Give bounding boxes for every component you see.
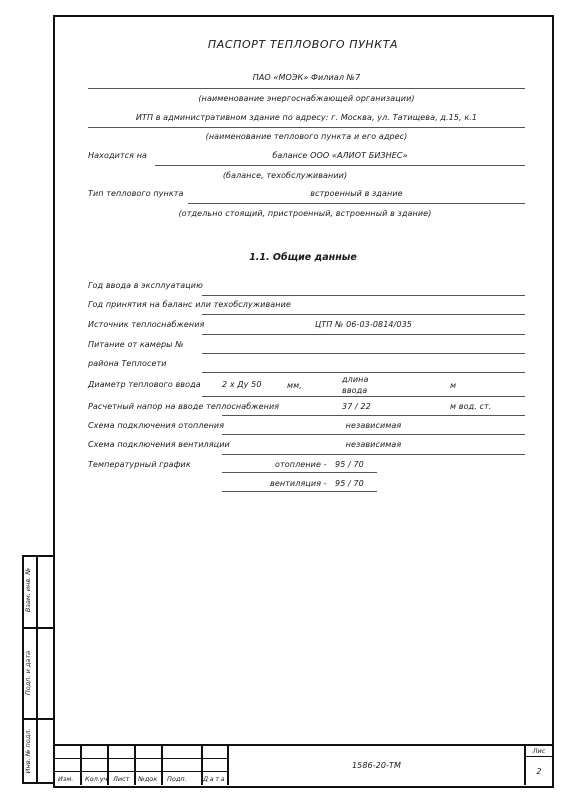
balance-caption: (балансе, техобслуживании) bbox=[155, 171, 415, 180]
chamber-underline bbox=[202, 353, 525, 354]
heat-source-label: Источник теплоснабжения bbox=[88, 320, 204, 329]
section-title: 1.1. Общие данные bbox=[53, 252, 553, 263]
organization-value: ПАО «МОЭК» Филиал №7 bbox=[88, 73, 525, 82]
side-stamp-divider bbox=[36, 555, 38, 784]
heat-source-underline bbox=[202, 334, 525, 335]
length-unit: м bbox=[450, 381, 456, 390]
document-title: ПАСПОРТ ТЕПЛОВОГО ПУНКТА bbox=[53, 38, 553, 51]
heating-scheme-underline bbox=[222, 434, 525, 435]
side-stamp-sign-date: Подп. и дата bbox=[24, 629, 34, 717]
ventilation-scheme-value: независимая bbox=[222, 440, 525, 449]
title-block-row-line bbox=[525, 756, 552, 757]
document-code: 1586-20-ТМ bbox=[229, 761, 524, 770]
balance-value: балансе ООО «АЛИОТ БИЗНЕС» bbox=[155, 151, 525, 160]
pressure-unit: м вод. ст. bbox=[450, 402, 491, 411]
length-label-line2: ввода bbox=[342, 386, 367, 395]
column-signature: Подп. bbox=[167, 775, 187, 783]
point-caption: (наименование теплового пункта и его адр… bbox=[88, 132, 525, 141]
temperature-heating-label: отопление - bbox=[275, 460, 327, 469]
column-doc-number: №док bbox=[138, 775, 157, 783]
diameter-value: 2 х Ду 50 bbox=[222, 380, 262, 389]
column-change: Изм. bbox=[58, 775, 73, 783]
organization-underline bbox=[88, 88, 525, 89]
diameter-underline bbox=[202, 396, 525, 397]
side-stamp-inv-original: Инв. № подл. bbox=[24, 717, 34, 785]
pressure-value: 37 / 22 bbox=[342, 402, 371, 411]
length-label-line1: длина bbox=[342, 375, 368, 384]
heat-source-value: ЦТП № 06-03-0814/035 bbox=[202, 320, 525, 329]
column-sheet: Лист bbox=[113, 775, 129, 783]
point-type-underline bbox=[188, 203, 525, 204]
temperature-heating-value: 95 / 70 bbox=[335, 460, 364, 469]
district-label: района Теплосети bbox=[88, 359, 167, 368]
ventilation-scheme-underline bbox=[222, 454, 525, 455]
balance-underline bbox=[155, 165, 525, 166]
temperature-label: Температурный график bbox=[88, 460, 191, 469]
temperature-ventilation-value: 95 / 70 bbox=[335, 479, 364, 488]
column-quantity: Кол.уч bbox=[85, 775, 108, 783]
balance-year-label: Год принятия на баланс или техобслуживан… bbox=[88, 300, 291, 309]
column-date: Дата bbox=[203, 775, 226, 783]
district-underline bbox=[202, 372, 525, 373]
temperature-ventilation-label: вентиляция - bbox=[270, 479, 327, 488]
side-stamp-replace-inv: Взам. инв. № bbox=[24, 554, 34, 626]
point-value: ИТП в административном здание по адресу:… bbox=[88, 113, 525, 122]
diameter-unit: мм, bbox=[287, 381, 302, 390]
point-type-value: встроенный в здание bbox=[188, 189, 525, 198]
title-block-top bbox=[53, 744, 552, 746]
commission-year-underline bbox=[202, 295, 525, 296]
organization-caption: (наименование энергоснабжающей организац… bbox=[88, 94, 525, 103]
chamber-label: Питание от камеры № bbox=[88, 340, 184, 349]
balance-label: Находится на bbox=[88, 151, 147, 160]
ventilation-scheme-label: Схема подключения вентиляции bbox=[88, 440, 230, 449]
title-block-col-line bbox=[134, 744, 136, 785]
title-block-col-line bbox=[161, 744, 163, 785]
sheet-label: Лис bbox=[526, 747, 552, 755]
pressure-underline bbox=[222, 415, 525, 416]
balance-year-underline bbox=[202, 314, 525, 315]
diameter-label: Диаметр теплового ввода bbox=[88, 380, 201, 389]
point-type-label: Тип теплового пункта bbox=[88, 189, 184, 198]
heating-scheme-value: независимая bbox=[222, 421, 525, 430]
heating-scheme-label: Схема подключения отопления bbox=[88, 421, 224, 430]
point-underline bbox=[88, 127, 525, 128]
sheet-number: 2 bbox=[526, 767, 552, 776]
temperature-heating-underline bbox=[222, 472, 377, 473]
pressure-label: Расчетный напор на вводе теплоснабжения bbox=[88, 402, 279, 411]
commission-year-label: Год ввода в эксплуатацию bbox=[88, 281, 203, 290]
temperature-ventilation-underline bbox=[222, 491, 377, 492]
title-block-col-line bbox=[80, 744, 82, 785]
point-type-caption: (отдельно стоящий, пристроенный, встроен… bbox=[155, 209, 455, 218]
